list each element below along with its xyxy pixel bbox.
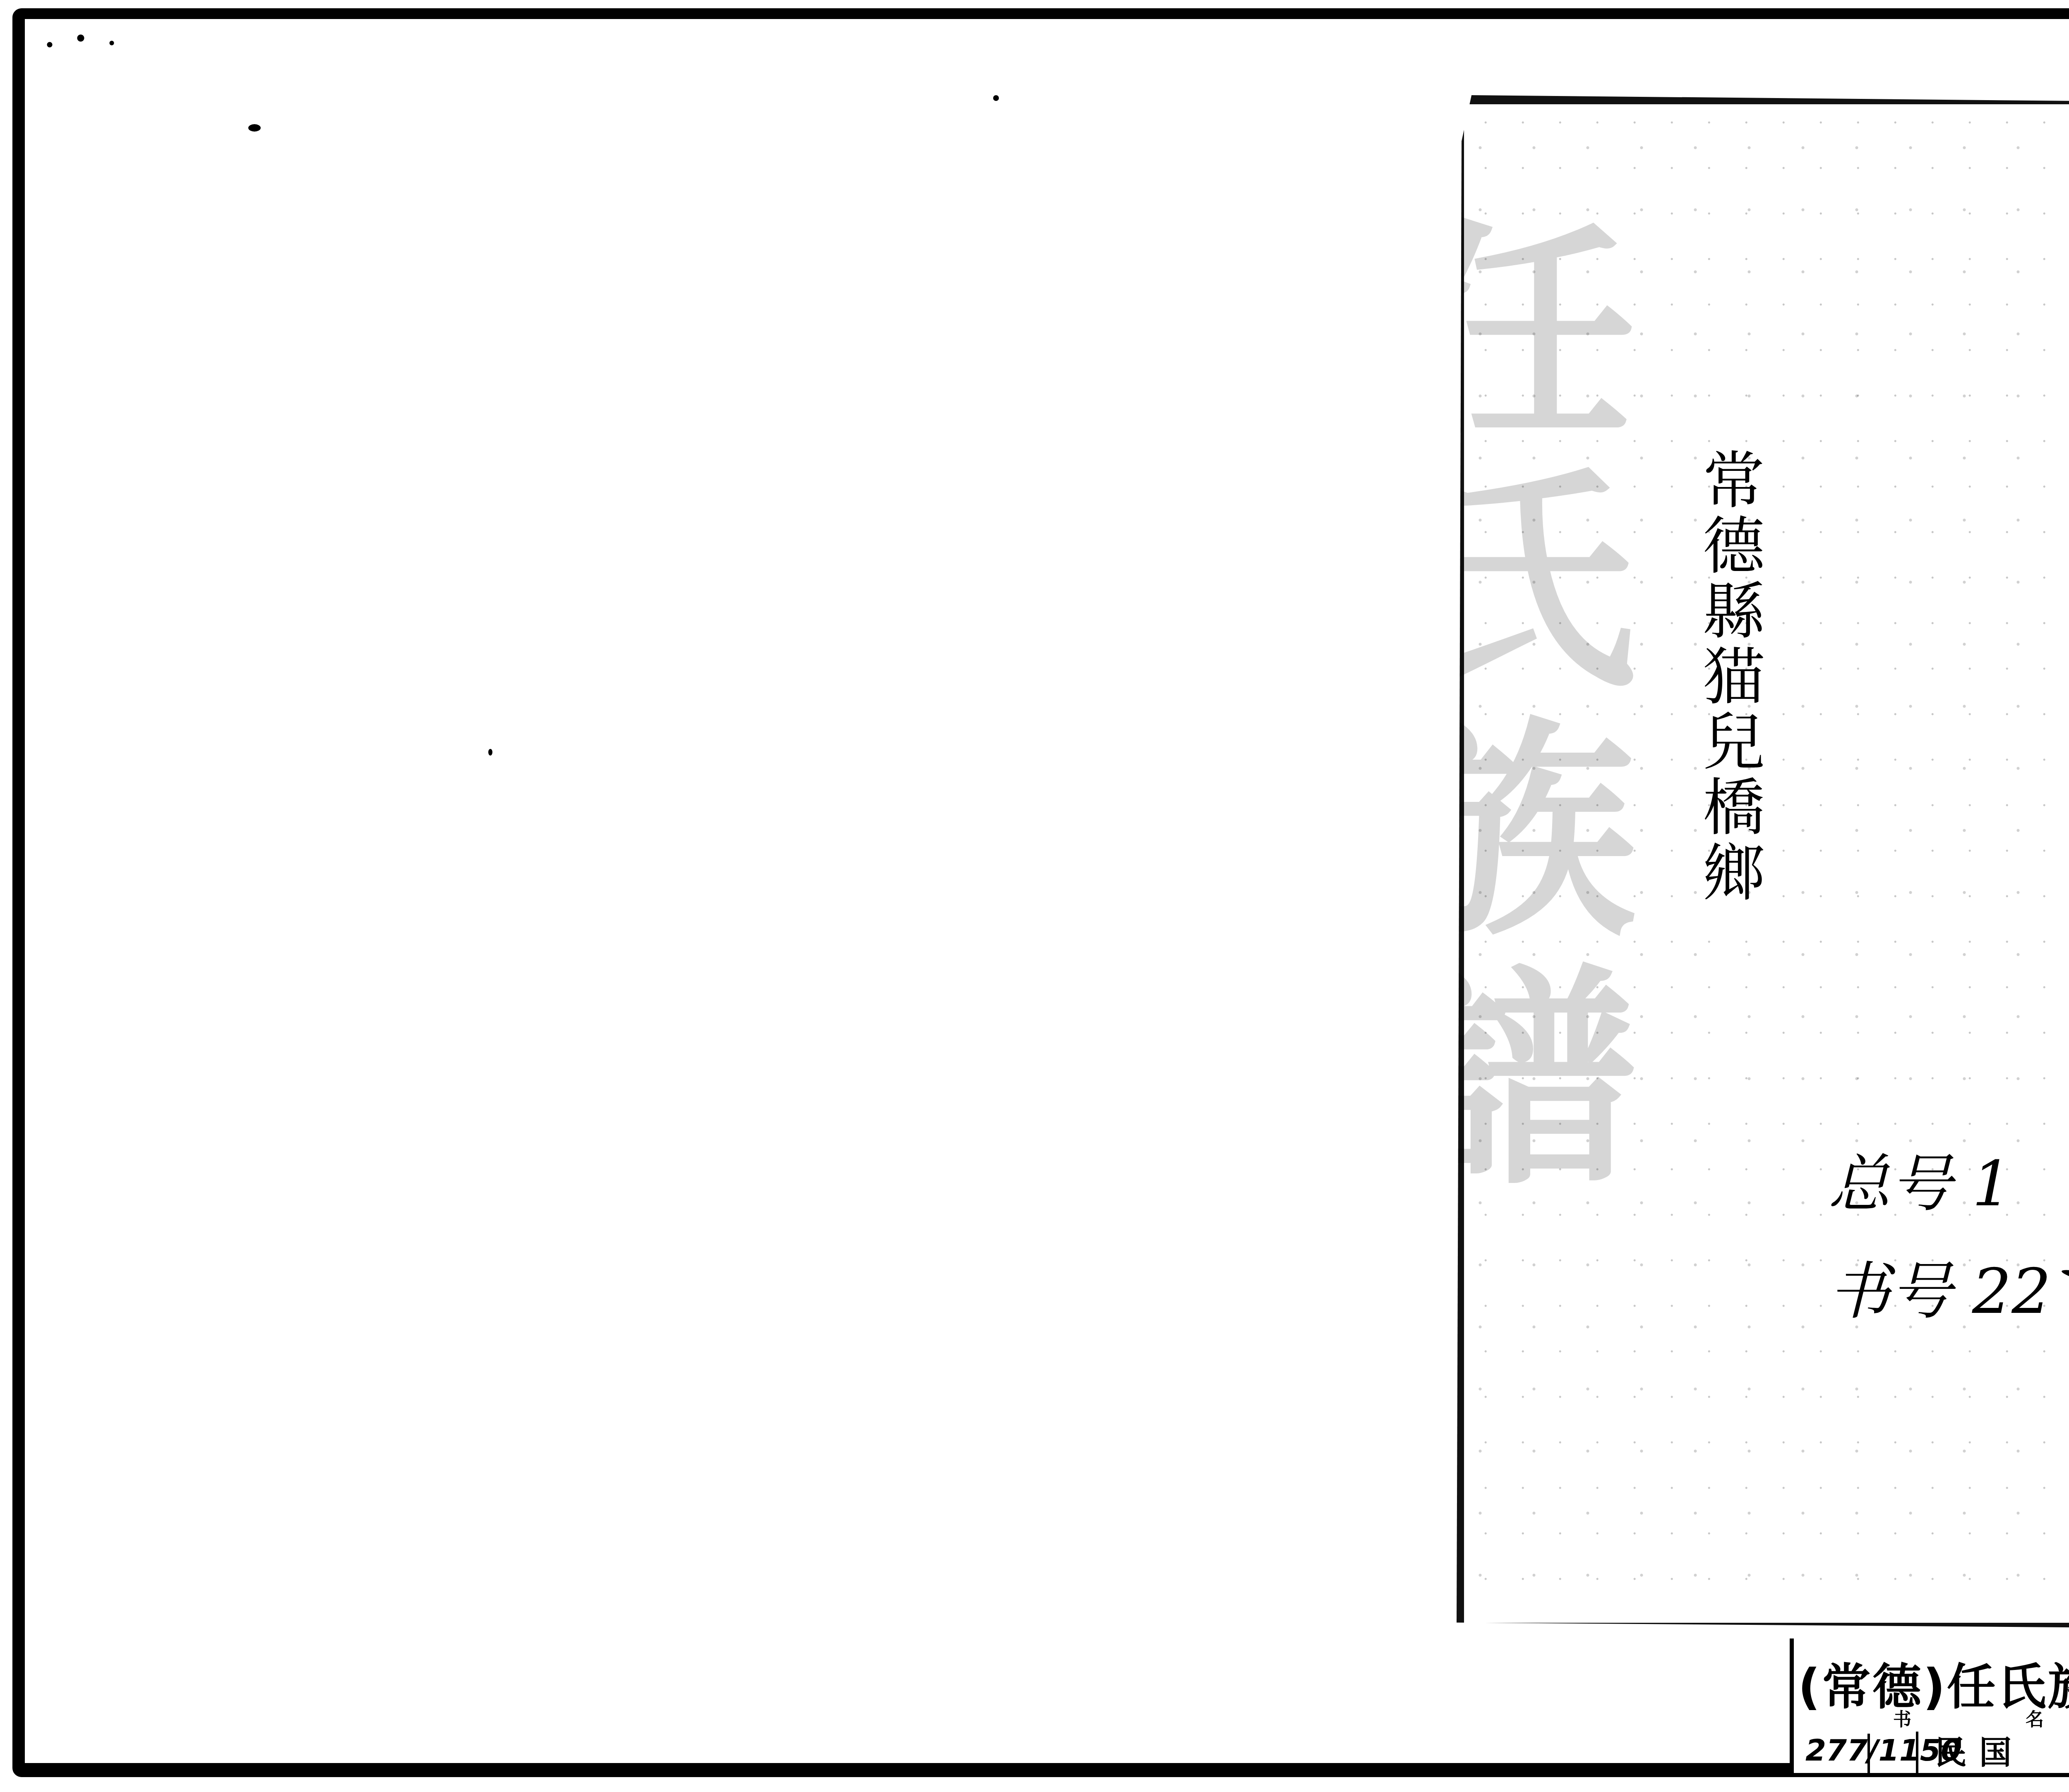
book-number-line: 书号 22 xyxy=(1828,1238,2051,1346)
note-label: 总号 xyxy=(1828,1148,1952,1220)
faint-printed-title: 任氏族譜 xyxy=(1514,212,1663,1205)
note-value: 1 xyxy=(1972,1148,2011,1220)
catalog-label: (常德)任氏族譜 书 名 一 册 277/1150 民国 xyxy=(1790,1638,2069,1773)
scan-dot xyxy=(248,124,261,132)
scan-dot xyxy=(488,749,492,756)
ink-stroke xyxy=(2060,1266,2069,1305)
handwritten-location: 常德縣猫兒橋鄉 xyxy=(1683,448,1773,905)
note-label: 书号 xyxy=(1828,1256,1952,1328)
left-blank-page xyxy=(25,25,1415,1763)
handwritten-numbers: 总号 1 书号 22 xyxy=(1828,1130,2051,1346)
scan-dot xyxy=(993,95,999,101)
label-era: 民国 xyxy=(1935,1727,2024,1773)
label-caption-char: 书 xyxy=(1893,1705,1911,1731)
book-cover: 任氏族譜 北字號 常德縣猫兒橋鄉 总号 1 书号 22 xyxy=(1457,95,2069,1630)
label-caption-char: 名 xyxy=(2026,1705,2044,1731)
total-number-line: 总号 1 xyxy=(1828,1130,2051,1238)
note-value: 22 xyxy=(1972,1256,2051,1328)
